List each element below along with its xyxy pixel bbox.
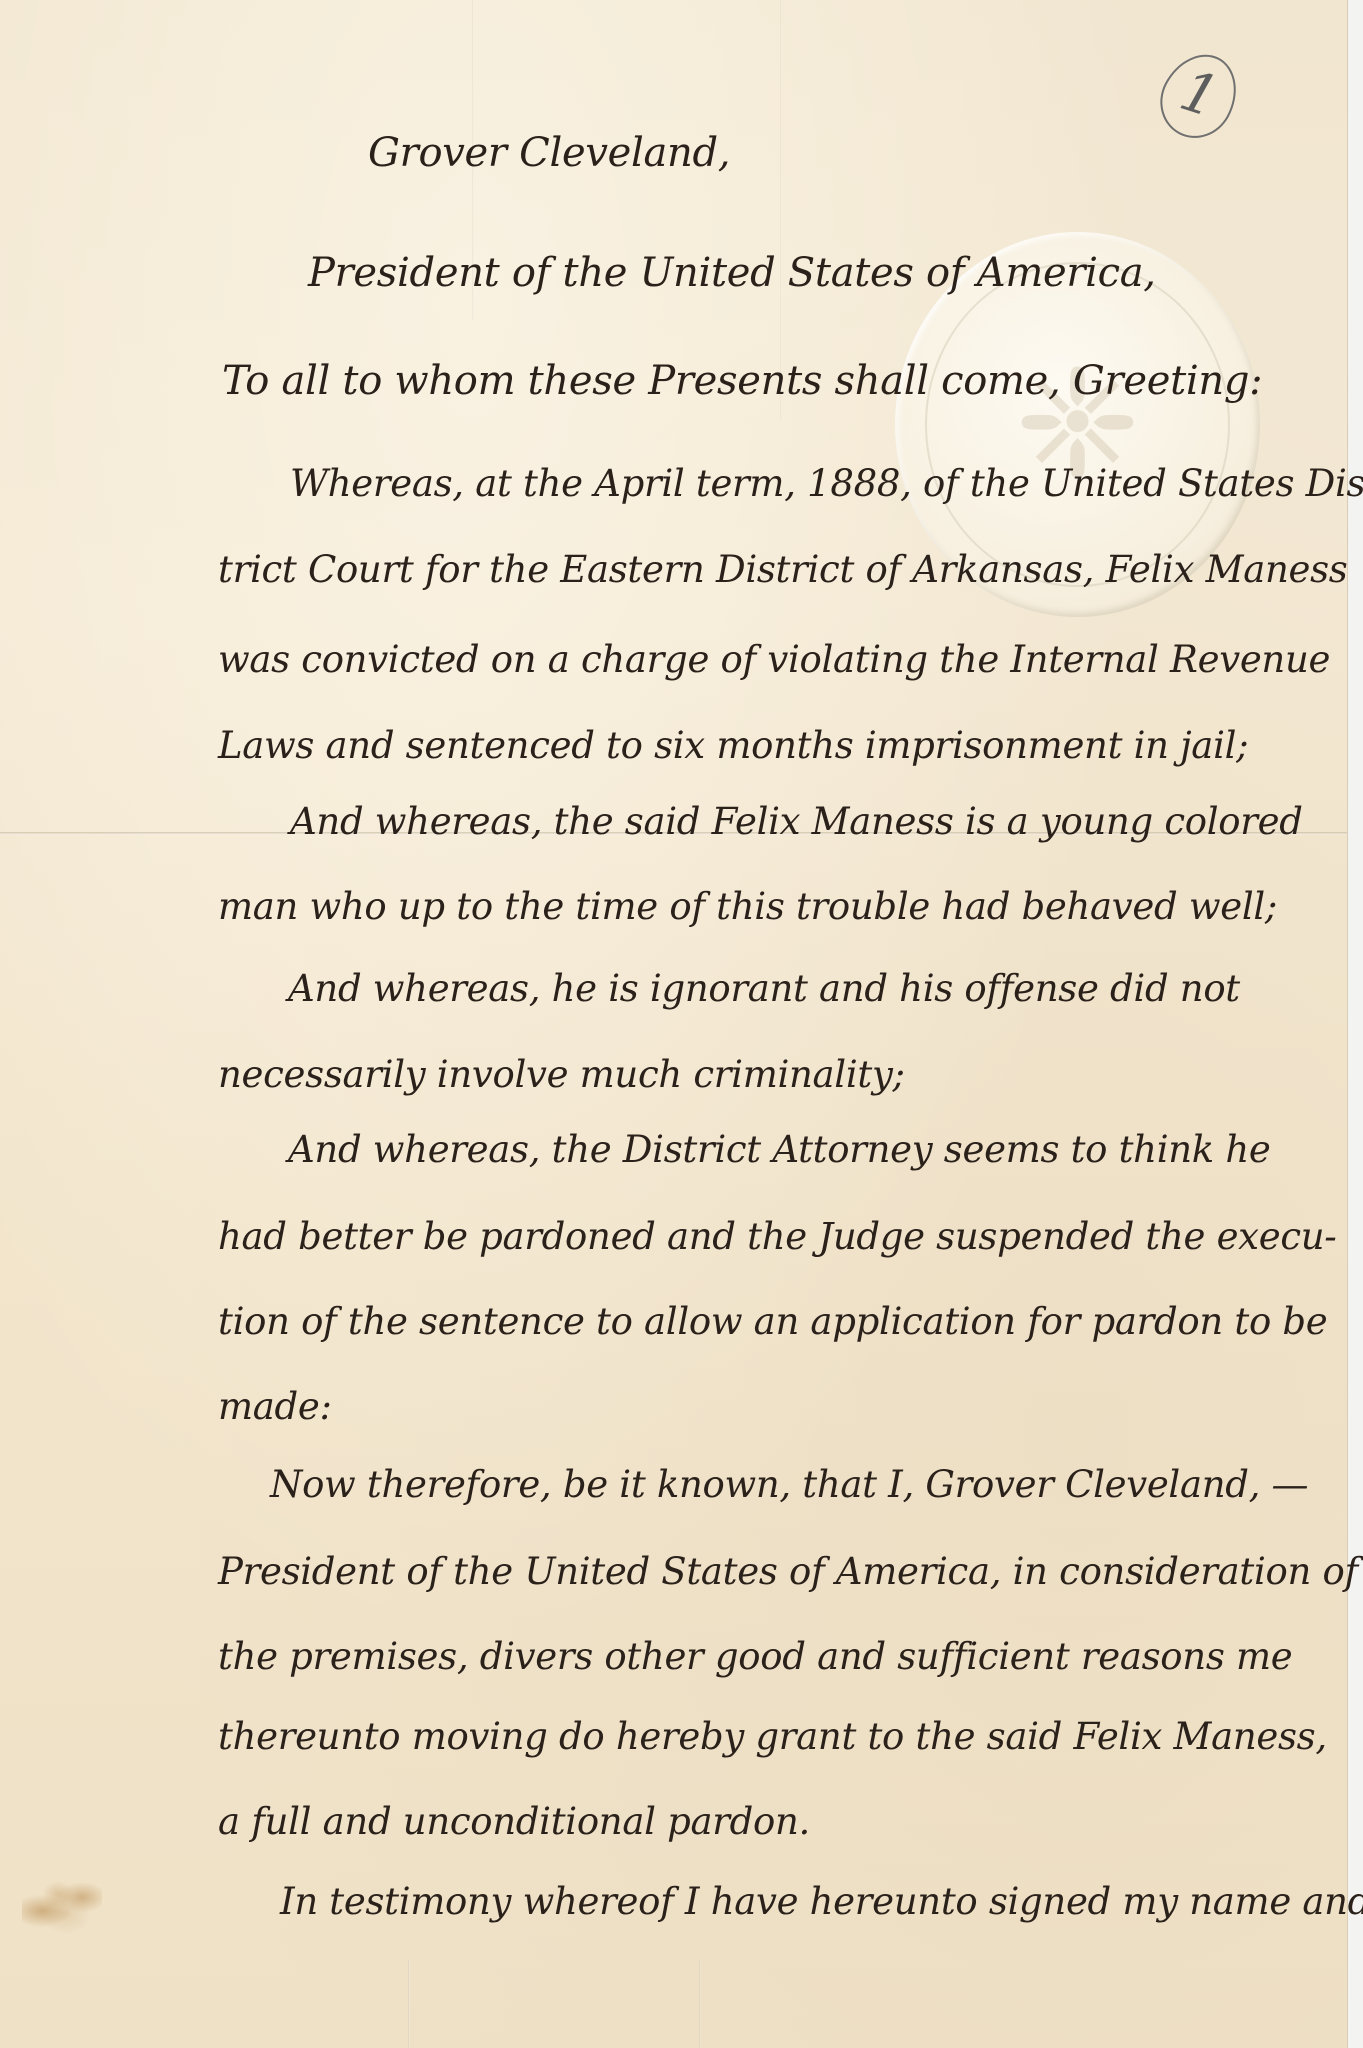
body-line-3: was convicted on a charge of violating t… xyxy=(218,638,1330,681)
grantor-name: Grover Cleveland, xyxy=(368,130,730,176)
page-number-circled: 1 xyxy=(1147,41,1251,151)
salutation: To all to whom these Presents shall come… xyxy=(222,358,1262,404)
fold-line-vertical-center xyxy=(780,0,782,420)
body-line-7: And whereas, he is ignorant and his offe… xyxy=(288,967,1240,1010)
body-line-15: the premises, divers other good and suff… xyxy=(218,1635,1292,1678)
body-line-18: In testimony whereof I have hereunto sig… xyxy=(280,1880,1363,1923)
fold-line-vertical-bottom-right xyxy=(699,1960,701,2048)
body-line-9: And whereas, the District Attorney seems… xyxy=(288,1128,1270,1171)
grantor-title: President of the United States of Americ… xyxy=(308,250,1156,296)
body-line-17: a full and unconditional pardon. xyxy=(218,1800,810,1843)
body-line-2: trict Court for the Eastern District of … xyxy=(218,548,1347,591)
body-line-11: tion of the sentence to allow an applica… xyxy=(218,1300,1327,1343)
body-line-10: had better be pardoned and the Judge sus… xyxy=(218,1215,1337,1258)
body-line-12: made: xyxy=(218,1385,332,1428)
body-line-14: President of the United States of Americ… xyxy=(218,1550,1358,1593)
body-line-5: And whereas, the said Felix Maness is a … xyxy=(290,800,1303,843)
body-line-16: thereunto moving do hereby grant to the … xyxy=(218,1715,1327,1758)
page-number-text: 1 xyxy=(1170,52,1229,139)
body-line-13: Now therefore, be it known, that I, Grov… xyxy=(270,1463,1308,1506)
fold-line-vertical-bottom-left xyxy=(408,1960,410,2048)
body-line-1: Whereas, at the April term, 1888, of the… xyxy=(290,462,1363,505)
body-line-6: man who up to the time of this trouble h… xyxy=(218,885,1277,928)
body-line-4: Laws and sentenced to six months impriso… xyxy=(218,724,1248,767)
body-line-8: necessarily involve much criminality; xyxy=(218,1053,905,1096)
water-stain xyxy=(22,1878,102,1933)
document-page: ❈ 1 Grover Cleveland, President of the U… xyxy=(0,0,1347,2048)
